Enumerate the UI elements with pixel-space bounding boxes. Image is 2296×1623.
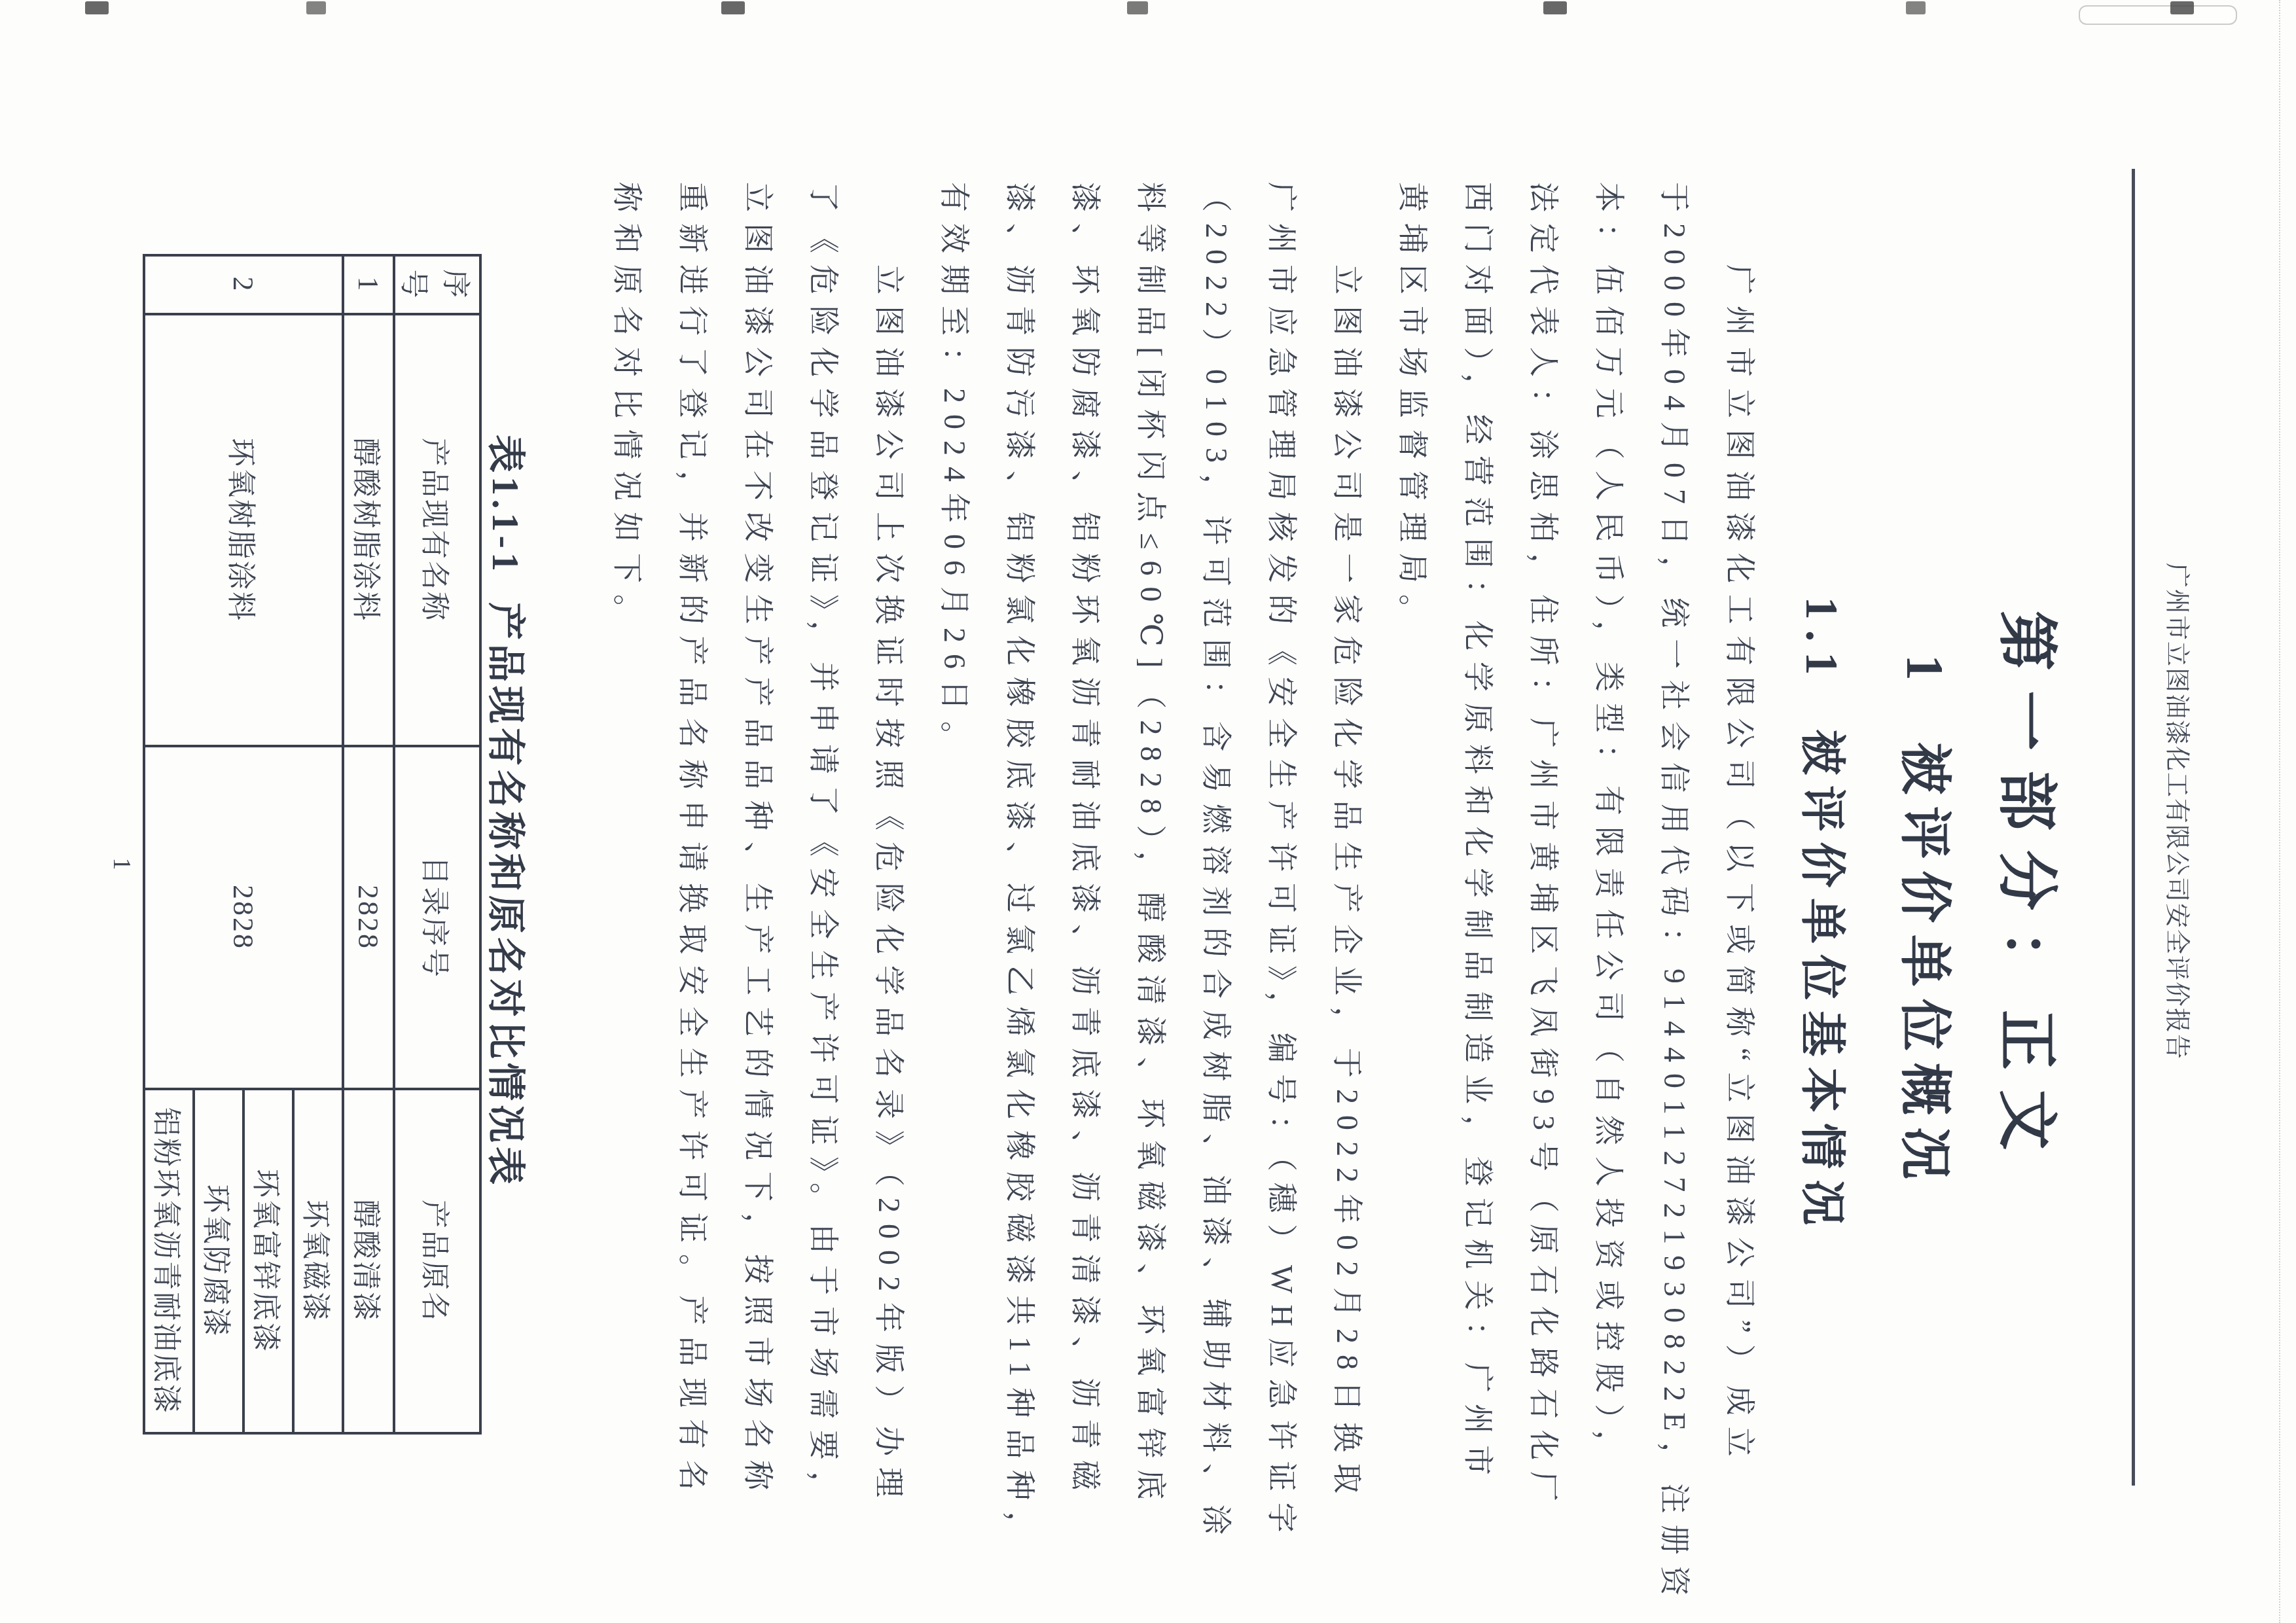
binder-mark [1543,1,1567,14]
body-line: 广州市立图油漆化工有限公司（以下或简称“立图油漆公司”）成立 [1707,182,1772,1576]
body-line: 了《危险化学品登记证》，并申请了《安全生产许可证》。由于市场需要， [791,182,856,1576]
body-line: 漆、环氧防腐漆、铝粉环氧沥青耐油底漆、沥青底漆、沥青清漆、沥青磁 [1052,182,1118,1576]
cell-catalog-no: 2828 [144,746,343,1089]
cell-original-name: 环氧防腐漆 [194,1089,243,1433]
body-line: 于2000年04月07日，统一社会信用代码：91440112721930822E… [1641,182,1707,1576]
body-line: （2022）0103，许可范围：含易燃溶剂的合成树脂、油漆、辅助材料、涂 [1183,182,1249,1576]
body-line: 料等制品[闭杯闪点≤60℃]（2828），醇酸清漆、环氧磁漆、环氧富锌底 [1118,182,1183,1576]
binder-mark [721,1,745,14]
cell-catalog-no: 2828 [343,746,394,1089]
cell-current-name: 醇酸树脂涂料 [343,314,394,746]
body-line: 称和原名对比情况如下。 [594,182,660,1576]
header-rule [2132,169,2135,1486]
binder-hole-outline [2079,5,2237,25]
cell-no: 2 [144,255,343,314]
body-line: 重新进行了登记，并新的产品名称申请换取安全生产许可证。产品现有名 [660,182,725,1576]
body-line: 本：伍佰万元（人民币），类型：有限责任公司（自然人投资或控股）， [1576,182,1641,1576]
cell-original-name: 铝粉环氧沥青耐油底漆 [144,1089,194,1433]
scan-edge-artifact [2279,0,2280,1623]
running-header: 广州市立图油漆化工有限公司安全评价报告 [2162,0,2198,1623]
binder-mark [1127,1,1148,14]
table-row: 2 环氧树脂涂料 2828 环氧磁漆 [293,255,343,1433]
document-page: 广州市立图油漆化工有限公司安全评价报告 第一部分：正文 1 被评价单位概况 1.… [0,0,2296,1623]
col-header-current-name: 产品现有名称 [394,314,480,746]
table-caption: 表1.1-1 产品现有名称和原名对比情况表 [482,0,537,1623]
document-title: 第一部分：正文 [1988,0,2075,1623]
subsection-heading: 1.1 被评价单位基本情况 [1793,0,1859,1623]
body-line: 立图油漆公司上次换证时按照《危险化学品名录》（2002年版）办理 [856,182,922,1576]
binder-mark [306,1,326,14]
col-header-catalog-no: 目录序号 [394,746,480,1089]
body-line: 广州市应急管理局核发的《安全生产许可证》，编号：（穗）WH应急许证字 [1249,182,1314,1576]
binder-mark [85,1,109,14]
body-line: 法定代表人：涂思柏，住所：广州市黄埔区飞凤街93号（原石化路石化厂 [1511,182,1576,1576]
body-line: 漆、沥青防污漆、铝粉氯化橡胶底漆、过氯乙烯氯化橡胶磁漆共11种品种， [987,182,1052,1576]
product-name-comparison-table: 序号 产品现有名称 目录序号 产品原名 1 醇酸树脂涂料 2828 醇酸清漆 2… [143,254,482,1435]
cell-original-name: 环氧磁漆 [293,1089,343,1433]
scanned-document-canvas: 广州市立图油漆化工有限公司安全评价报告 第一部分：正文 1 被评价单位概况 1.… [0,0,2296,1623]
body-line: 立图油漆公司是一家危险化学品生产企业，于2022年02月28日换取 [1314,182,1380,1576]
cell-current-name: 环氧树脂涂料 [144,314,343,746]
cell-original-name: 醇酸清漆 [343,1089,394,1433]
page-number: 1 [107,0,136,1623]
table-row: 1 醇酸树脂涂料 2828 醇酸清漆 [343,255,394,1433]
cell-no: 1 [343,255,394,314]
body-line: 黄埔区市场监督管理局。 [1380,182,1445,1576]
col-header-original-name: 产品原名 [394,1089,480,1433]
body-line: 立图油漆公司在不改变生产产品品种、生产工艺的情况下，按照市场名称 [725,182,791,1576]
table-header-row: 序号 产品现有名称 目录序号 产品原名 [394,255,480,1433]
col-header-no: 序号 [394,255,480,314]
cell-original-name: 环氧富锌底漆 [243,1089,293,1433]
body-line: 有效期至：2024年06月26日。 [922,182,987,1576]
section-heading: 1 被评价单位概况 [1892,0,1967,1623]
body-line: 西门对面），经营范围：化学原料和化学制品制造业，登记机关：广州市 [1445,182,1511,1576]
body-paragraphs: 广州市立图油漆化工有限公司（以下或简称“立图油漆公司”）成立 于2000年04月… [594,182,1772,1576]
